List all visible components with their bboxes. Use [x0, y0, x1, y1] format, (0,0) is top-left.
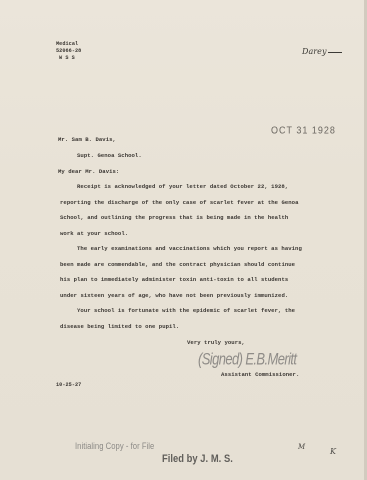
body-line: Your school is fortunate with the epidem… — [77, 308, 295, 314]
valediction: Very truly yours, — [187, 340, 245, 346]
body-line: disease being limited to one pupil. — [60, 324, 179, 330]
filed-by-stamp: Filed by J. M. S. — [162, 454, 233, 465]
body-line: been made are commendable, and the contr… — [60, 262, 295, 268]
handwritten-check-mark: K — [330, 448, 336, 456]
addressee-title: Supt. Genoa School. — [77, 153, 142, 159]
signer-title: Assistant Commissioner. — [221, 372, 299, 378]
body-line: his plan to immediately administer toxin… — [60, 277, 288, 283]
addressee-name: Mr. Sam B. Davis, — [58, 137, 116, 143]
letter-page: Medical 52066-28 W S S Darey OCT 31 1928… — [0, 0, 367, 480]
body-line: work at your school. — [60, 231, 128, 237]
salutation: My dear Mr. Davis: — [58, 169, 119, 175]
signature-stamp: (Signed) E.B.Meritt — [198, 350, 296, 367]
ref-line-file-number: 52066-28 — [56, 49, 81, 54]
ref-line-initials: W S S — [59, 56, 75, 61]
ref-line-department: Medical — [56, 42, 78, 47]
body-line: The early examinations and vaccinations … — [77, 246, 302, 252]
date-stamp: OCT 31 1928 — [271, 125, 336, 135]
body-line: Receipt is acknowledged of your letter d… — [77, 184, 288, 190]
handwritten-initials: Darey — [302, 48, 342, 56]
body-line: School, and outlining the progress that … — [60, 215, 288, 221]
file-code: 10-25-27 — [56, 383, 81, 388]
body-line: reporting the discharge of the only case… — [60, 200, 298, 206]
body-line: under sixteen years of age, who have not… — [60, 293, 288, 299]
handwritten-mark: M — [298, 444, 305, 451]
initialing-copy-stamp: Initialing Copy - for File — [75, 442, 154, 451]
